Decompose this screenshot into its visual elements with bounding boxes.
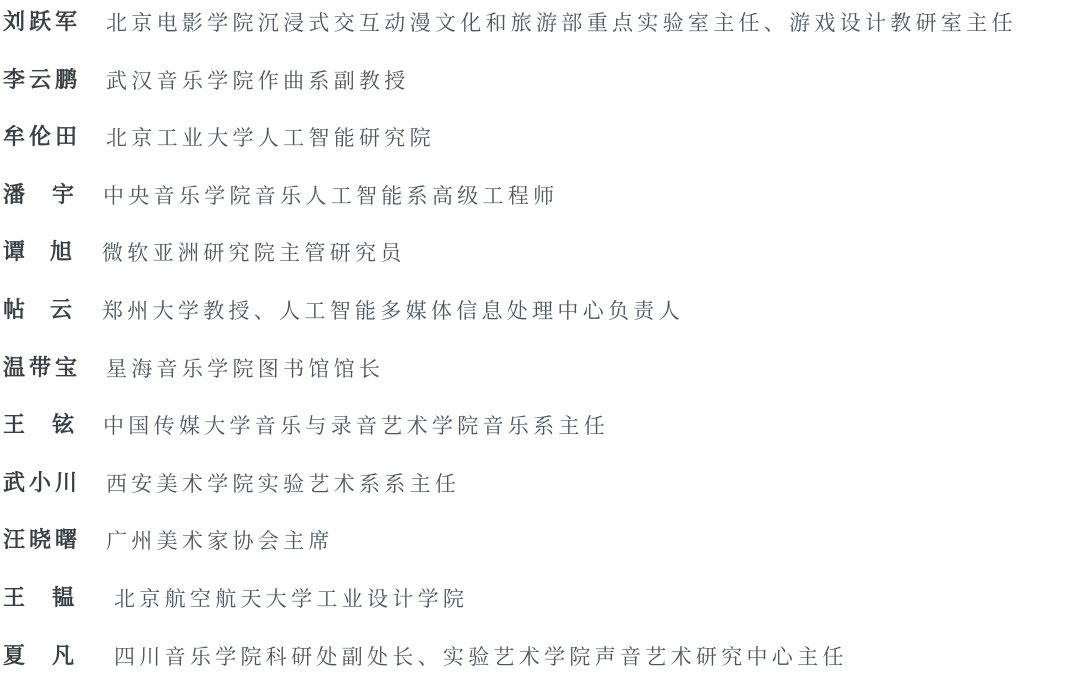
list-item: 李云鹏 武汉音乐学院作曲系副教授 [0,61,1071,101]
name-character: 温 [3,349,27,389]
person-affiliation: 北京航空航天大学工业设计学院 [114,579,468,619]
list-item: 帖云 郑州大学教授、人工智能多媒体信息处理中心负责人 [0,291,1071,331]
name-character: 汪 [3,521,27,561]
list-item: 刘跃军 北京电影学院沉浸式交互动漫文化和旅游部重点实验室主任、游戏设计教研室主任 [0,3,1071,43]
name-character: 军 [55,3,79,43]
name-character: 云 [50,291,74,331]
name-character: 宇 [52,176,76,216]
name-character: 铉 [52,406,76,446]
list-item: 王韫 北京航空航天大学工业设计学院 [0,579,1071,619]
list-item: 武小川 西安美术学院实验艺术系系主任 [0,464,1071,504]
name-character: 带 [29,349,53,389]
list-item: 汪晓曙 广州美术家协会主席 [0,521,1071,561]
name-character: 川 [55,464,79,504]
name-character: 云 [29,61,53,101]
name-character: 帖 [3,291,27,331]
person-affiliation: 中国传媒大学音乐与录音艺术学院音乐系主任 [103,406,609,446]
name-character: 刘 [3,3,27,43]
list-item: 牟伦田 北京工业大学人工智能研究院 [0,118,1071,158]
name-character: 晓 [29,521,53,561]
person-affiliation: 广州美术家协会主席 [106,521,334,561]
person-affiliation: 武汉音乐学院作曲系副教授 [106,61,410,101]
name-character: 李 [3,61,27,101]
person-affiliation: 西安美术学院实验艺术系系主任 [106,464,460,504]
name-character: 潘 [3,176,27,216]
name-character: 鹏 [55,61,79,101]
name-character: 牟 [3,118,27,158]
person-affiliation: 中央音乐学院音乐人工智能系高级工程师 [103,176,558,216]
person-affiliation: 北京工业大学人工智能研究院 [106,118,435,158]
name-character: 跃 [29,3,53,43]
list-item: 王铉 中国传媒大学音乐与录音艺术学院音乐系主任 [0,406,1071,446]
list-item: 温带宝 星海音乐学院图书馆馆长 [0,349,1071,389]
name-character: 伦 [29,118,53,158]
person-affiliation: 郑州大学教授、人工智能多媒体信息处理中心负责人 [102,291,684,331]
list-item: 夏凡 四川音乐学院科研处副处长、实验艺术学院声音艺术研究中心主任 [0,637,1071,677]
list-item: 潘宇 中央音乐学院音乐人工智能系高级工程师 [0,176,1071,216]
name-character: 谭 [3,233,27,273]
name-character: 夏 [3,637,27,677]
person-affiliation: 北京电影学院沉浸式交互动漫文化和旅游部重点实验室主任、游戏设计教研室主任 [106,3,1017,43]
person-affiliation: 四川音乐学院科研处副处长、实验艺术学院声音艺术研究中心主任 [114,637,848,677]
name-character: 王 [3,406,27,446]
person-affiliation: 星海音乐学院图书馆馆长 [106,349,384,389]
name-character: 韫 [52,579,76,619]
name-character: 曙 [55,521,79,561]
name-character: 旭 [50,233,74,273]
name-character: 田 [55,118,79,158]
person-affiliation: 微软亚洲研究院主管研究员 [102,233,406,273]
name-character: 宝 [55,349,79,389]
list-item: 谭旭 微软亚洲研究院主管研究员 [0,233,1071,273]
name-character: 凡 [52,637,76,677]
name-character: 武 [3,464,27,504]
name-character: 王 [3,579,27,619]
name-character: 小 [29,464,53,504]
